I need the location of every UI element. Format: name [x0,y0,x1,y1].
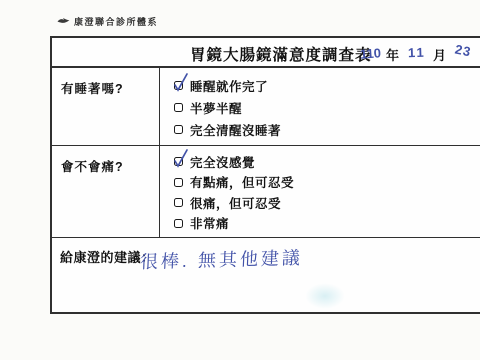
option-label: 睡醒就作完了 [190,77,268,95]
option-label: 完全清醒沒睡著 [190,121,281,139]
checkbox-unchecked [174,125,183,134]
checkbox-unchecked [174,198,183,207]
option-label: 半夢半醒 [190,99,242,117]
form-title: 胃鏡大腸鏡滿意度調查表 [190,43,372,65]
checkbox-unchecked [174,219,183,228]
option-item: 很痛，但可忍受 [174,196,480,209]
survey-form-table: 胃鏡大腸鏡滿意度調查表 110 年 11 月 23 有睡著嗎? 睡醒就作完了 [50,36,480,314]
question-label: 有睡著嗎? [52,68,160,145]
option-item: 睡醒就作完了 [174,79,480,92]
form-title-row: 胃鏡大腸鏡滿意度調查表 110 年 11 月 23 [52,38,480,68]
question-row-sleep: 有睡著嗎? 睡醒就作完了 半夢半醒 完全清醒沒睡著 [52,68,480,146]
handwritten-day-value: 23 [454,41,473,59]
handwritten-year-value: 110 [360,45,382,61]
handwritten-check-icon [173,148,190,168]
option-label: 完全沒感覺 [190,153,255,171]
question-options: 完全沒感覺 有點痛，但可忍受 很痛，但可忍受 非常痛 [160,146,480,237]
question-row-pain: 會不會痛? 完全沒感覺 有點痛，但可忍受 很痛，但可忍受 [52,146,480,238]
scanned-survey-page: 康澄聯合診所體系 胃鏡大腸鏡滿意度調查表 110 年 11 月 23 有睡著嗎?… [0,0,480,360]
option-item: 半夢半醒 [174,101,480,114]
option-label: 非常痛 [190,214,229,232]
question-label: 會不會痛? [52,146,160,237]
handwritten-suggestion: 很棒. 無其他建議 [139,244,303,274]
handwritten-check-icon [173,72,190,92]
option-item: 完全清醒沒睡著 [174,123,480,136]
option-item: 非常痛 [174,217,480,230]
question-options: 睡醒就作完了 半夢半醒 完全清醒沒睡著 [160,68,480,145]
option-label: 很痛，但可忍受 [190,194,281,212]
clinic-name: 康澄聯合診所體系 [74,15,158,28]
option-label: 有點痛，但可忍受 [190,173,294,191]
clinic-brand: 康澄聯合診所體系 [57,15,158,28]
bird-swoosh-logo-icon [57,17,70,26]
option-item: 完全沒感覺 [174,155,480,168]
option-item: 有點痛，但可忍受 [174,176,480,189]
checkbox-unchecked [174,178,183,187]
suggestion-row: 給康澄的建議： 很棒. 無其他建議 [52,238,480,312]
handwritten-month-value: 11 [408,45,426,61]
checkbox-checked [174,81,183,90]
year-label: 年 [386,45,399,64]
scan-smudge-artifact [305,283,345,309]
month-label: 月 [433,45,446,64]
checkbox-unchecked [174,103,183,112]
checkbox-checked [174,157,183,166]
